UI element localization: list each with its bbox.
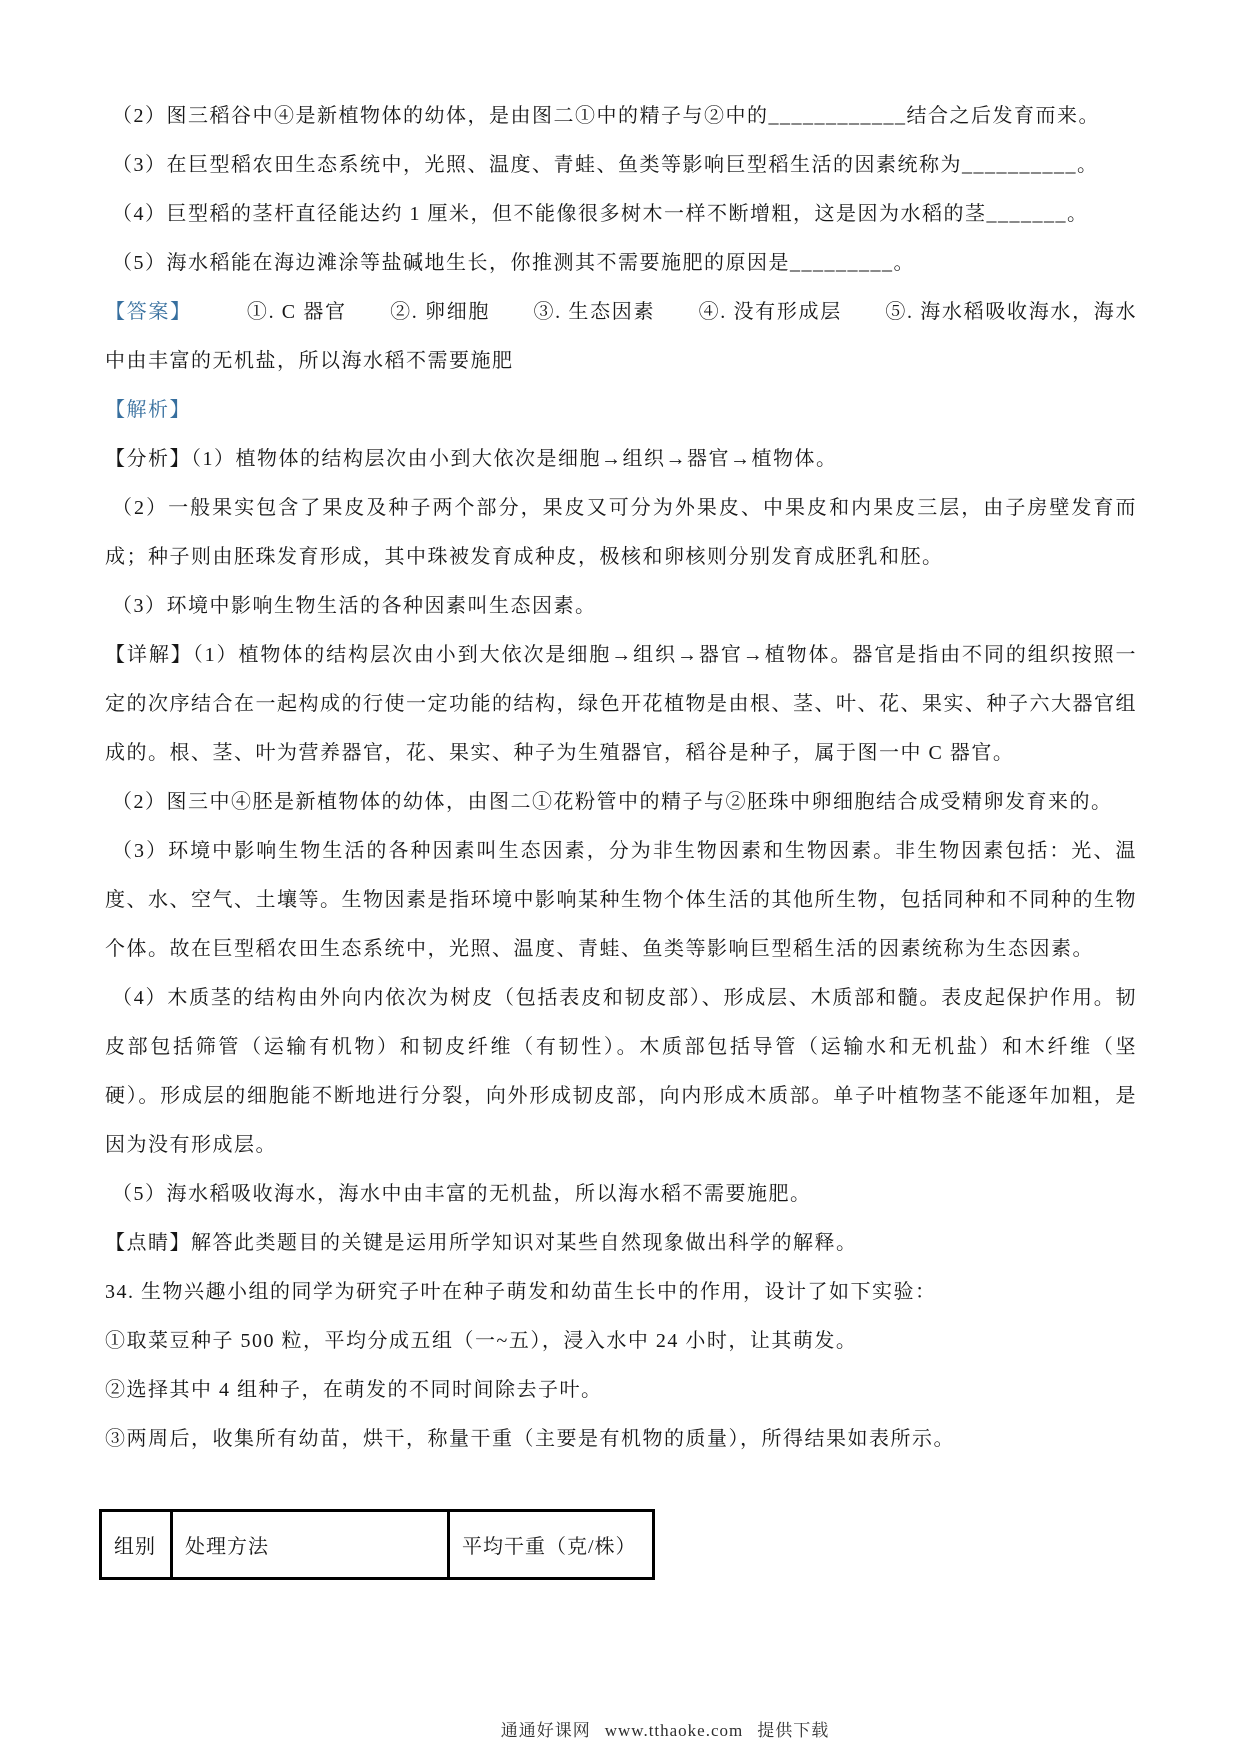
table-header-row: 组别 处理方法 平均干重（克/株）	[101, 1511, 654, 1579]
detail-paragraph-1: 【详解】（1）植物体的结构层次由小到大依次是细胞→组织→器官→植物体。器官是指由…	[105, 631, 1137, 778]
table-header-dry-weight: 平均干重（克/株）	[449, 1511, 654, 1579]
results-table: 组别 处理方法 平均干重（克/株）	[99, 1509, 655, 1580]
answer-label: 【答案】	[105, 301, 182, 323]
analysis-paragraph-2: （2）一般果实包含了果皮及种子两个部分，果皮又可分为外果皮、中果皮和内果皮三层，…	[105, 484, 1137, 582]
exam-text-content: （2）图三稻谷中④是新植物体的幼体，是由图二①中的精子与②中的_________…	[105, 92, 1137, 1464]
footer-suffix: 提供下载	[757, 1721, 829, 1740]
page-footer: 通通好课网www.tthaoke.com提供下载	[0, 1716, 1240, 1741]
analysis-paragraph-1: 【分析】（1）植物体的结构层次由小到大依次是细胞→组织→器官→植物体。	[105, 435, 1137, 484]
detail-paragraph-3: （3）环境中影响生物生活的各种因素叫生态因素，分为非生物因素和生物因素。非生物因…	[105, 827, 1137, 974]
analysis-section-label: 【解析】	[105, 386, 1137, 435]
detail-paragraph-5: （5）海水稻吸收海水，海水中由丰富的无机盐，所以海水稻不需要施肥。	[105, 1170, 1137, 1219]
question-34-step-3: ③两周后，收集所有幼苗，烘干，称量干重（主要是有机物的质量），所得结果如表所示。	[105, 1415, 1137, 1464]
detail-paragraph-4: （4）木质茎的结构由外向内依次为树皮（包括表皮和韧皮部）、形成层、木质部和髓。表…	[105, 974, 1137, 1170]
question-34-step-1: ①取菜豆种子 500 粒，平均分成五组（一~五），浸入水中 24 小时，让其萌发…	[105, 1317, 1137, 1366]
question-34-step-2: ②选择其中 4 组种子，在萌发的不同时间除去子叶。	[105, 1366, 1137, 1415]
footer-site-name: 通通好课网	[501, 1721, 591, 1740]
answer-text: ①. C 器官 ②. 卵细胞 ③. 生态因素 ④. 没有形成层 ⑤. 海水稻吸收…	[105, 301, 1137, 372]
question-33-subquestion-5: （5）海水稻能在海边滩涂等盐碱地生长，你推测其不需要施肥的原因是________…	[105, 239, 1137, 288]
question-33-subquestion-3: （3）在巨型稻农田生态系统中，光照、温度、青蛙、鱼类等影响巨型稻生活的因素统称为…	[105, 141, 1137, 190]
tip-paragraph: 【点睛】解答此类题目的关键是运用所学知识对某些自然现象做出科学的解释。	[105, 1219, 1137, 1268]
question-33-subquestion-2: （2）图三稻谷中④是新植物体的幼体，是由图二①中的精子与②中的_________…	[105, 92, 1137, 141]
table-header-method: 处理方法	[172, 1511, 449, 1579]
detail-paragraph-2: （2）图三中④胚是新植物体的幼体，由图二①花粉管中的精子与②胚珠中卵细胞结合成受…	[105, 778, 1137, 827]
footer-url: www.tthaoke.com	[605, 1721, 744, 1740]
document-page: （2）图三稻谷中④是新植物体的幼体，是由图二①中的精子与②中的_________…	[0, 0, 1240, 1754]
question-34-intro: 34. 生物兴趣小组的同学为研究子叶在种子萌发和幼苗生长中的作用，设计了如下实验…	[105, 1268, 1137, 1317]
table-header-group: 组别	[101, 1511, 172, 1579]
analysis-paragraph-3: （3）环境中影响生物生活的各种因素叫生态因素。	[105, 582, 1137, 631]
question-33-subquestion-4: （4）巨型稻的茎杆直径能达约 1 厘米，但不能像很多树木一样不断增粗，这是因为水…	[105, 190, 1137, 239]
answer-paragraph: 【答案】 ①. C 器官 ②. 卵细胞 ③. 生态因素 ④. 没有形成层 ⑤. …	[105, 288, 1137, 386]
